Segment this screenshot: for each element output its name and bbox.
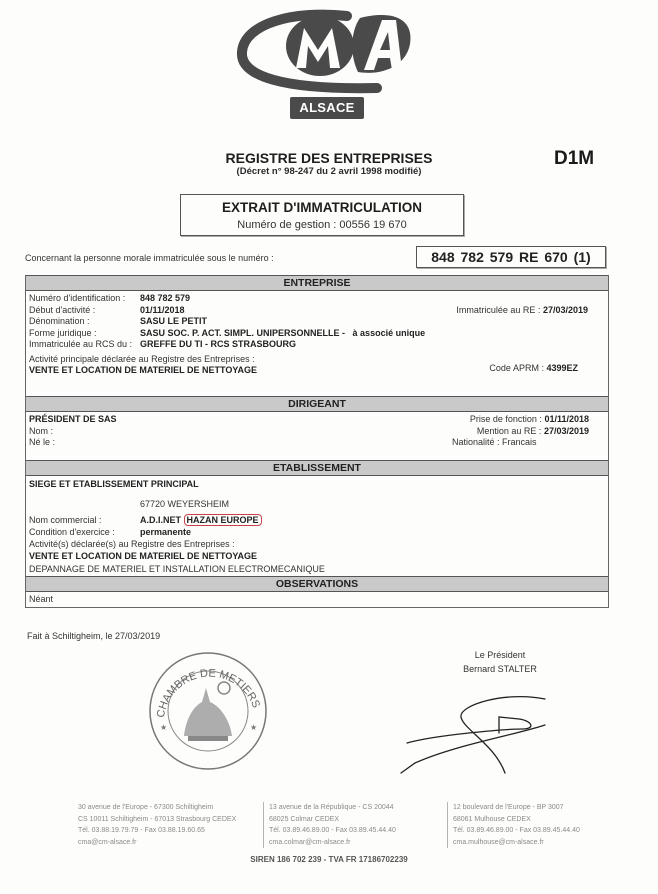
section-dirigeant: PRÉSIDENT DE SAS Nom : Né le : Prise de …: [26, 412, 608, 460]
extract-title: EXTRAIT D'IMMATRICULATION: [181, 200, 463, 215]
logo-region-badge: ALSACE: [290, 97, 364, 119]
nationality-label: Nationalité :: [452, 437, 500, 447]
management-number-value: 00556 19 670: [339, 219, 406, 231]
management-number-label: Numéro de gestion :: [237, 219, 336, 231]
activity-1: VENTE ET LOCATION DE MATERIEL DE NETTOYA…: [26, 550, 608, 563]
signer-title: Le Président: [455, 650, 545, 660]
office-email: cma@cm-alsace.fr: [78, 837, 236, 849]
director-mention: Mention au RE : 27/03/2019: [477, 426, 589, 436]
footer-office-schiltigheim: 30 avenue de l'Europe - 67300 Schiltighe…: [78, 802, 236, 848]
id-value: 848 782 579: [140, 293, 190, 303]
section-header-entreprise: ENTREPRISE: [26, 275, 608, 291]
registered-re-label: Immatriculée au RE :: [456, 305, 540, 315]
office-address-2: 68025 Colmar CEDEX: [269, 814, 396, 826]
rcs-label: Immatriculée au RCS du :: [26, 339, 140, 351]
director-start-value: 01/11/2018: [544, 414, 589, 424]
footer-office-mulhouse: 12 boulevard de l'Europe - BP 3007 68061…: [447, 802, 580, 848]
section-etablissement: SIEGE ET ETABLISSEMENT PRINCIPAL 67720 W…: [26, 476, 608, 576]
legal-form-suffix: à associé unique: [353, 328, 426, 338]
office-phone: Tél. 03.88.19.79.79 - Fax 03.88.19.60.65: [78, 825, 236, 837]
aprm-code: Code APRM : 4399EZ: [489, 363, 578, 373]
id-label: Numéro d'identification :: [26, 293, 140, 305]
director-nationality: Nationalité : Francais: [452, 437, 537, 447]
extract-title-box: EXTRAIT D'IMMATRICULATION Numéro de gest…: [180, 194, 464, 236]
trade-name-value: A.D.I.NET: [140, 515, 181, 525]
nationality-value: Francais: [502, 437, 537, 447]
office-phone: Tél. 03.89.46.89.00 - Fax 03.89.45.44.40: [453, 825, 580, 837]
place-date: Fait à Schiltigheim, le 27/03/2019: [27, 631, 160, 641]
office-address-2: 68061 Mulhouse CEDEX: [453, 814, 580, 826]
registered-re-value: 27/03/2019: [543, 305, 588, 315]
condition-value: permanente: [140, 527, 191, 537]
office-address-2: CS 10011 Schiltigheim - 67013 Strasbourg…: [78, 814, 236, 826]
registry-table: ENTREPRISE Numéro d'identification :848 …: [25, 275, 609, 608]
name-value: SASU LE PETIT: [140, 316, 207, 326]
director-mention-label: Mention au RE :: [477, 426, 542, 436]
office-address: 12 boulevard de l'Europe - BP 3007: [453, 802, 580, 814]
office-email: cma.mulhouse@cm-alsace.fr: [453, 837, 580, 849]
aprm-label: Code APRM :: [489, 363, 544, 373]
svg-text:★: ★: [250, 723, 257, 732]
trade-name-highlight: HAZAN EUROPE: [184, 514, 262, 526]
aprm-value: 4399EZ: [546, 363, 578, 373]
activity-2: DEPANNAGE DE MATERIEL ET INSTALLATION EL…: [26, 563, 608, 576]
office-phone: Tél. 03.89.46.89.00 - Fax 03.89.45.44.40: [269, 825, 396, 837]
condition-label: Condition d'exercice :: [26, 527, 140, 539]
section-header-dirigeant: DIRIGEANT: [26, 396, 608, 412]
start-label: Début d'activité :: [26, 305, 140, 317]
office-address: 30 avenue de l'Europe - 67300 Schiltighe…: [78, 802, 236, 814]
section-entreprise: Numéro d'identification :848 782 579 Déb…: [26, 291, 608, 396]
management-number: Numéro de gestion : 00556 19 670: [181, 219, 463, 231]
registered-re: Immatriculée au RE : 27/03/2019: [456, 305, 588, 315]
office-address: 13 avenue de la République - CS 20044: [269, 802, 396, 814]
director-start-label: Prise de fonction :: [470, 414, 542, 424]
activities-label: Activité(s) déclarée(s) au Registre des …: [26, 539, 608, 551]
office-email: cma.colmar@cm-alsace.fr: [269, 837, 396, 849]
observations-value: Néant: [26, 594, 608, 606]
section-header-observations: OBSERVATIONS: [26, 576, 608, 592]
registration-number: 848 782 579 RE 670 (1): [416, 246, 606, 268]
name-label: Dénomination :: [26, 316, 140, 328]
footer-office-colmar: 13 avenue de la République - CS 20044 68…: [263, 802, 396, 848]
trade-name-label: Nom commercial :: [26, 514, 140, 527]
legal-form-label: Forme juridique :: [26, 328, 140, 340]
start-value: 01/11/2018: [140, 305, 185, 315]
signer-name: Bernard STALTER: [440, 664, 560, 674]
director-mention-value: 27/03/2019: [544, 426, 589, 436]
director-start: Prise de fonction : 01/11/2018: [470, 414, 589, 424]
establishment-type: SIEGE ET ETABLISSEMENT PRINCIPAL: [26, 479, 608, 494]
legal-form-value: SASU SOC. P. ACT. SIMPL. UNIPERSONNELLE …: [140, 328, 345, 338]
official-stamp-icon: CHAMBRE DE METIERS D'ALSACE ★ ★: [142, 648, 274, 774]
rcs-value: GREFFE DU TI - RCS STRASBOURG: [140, 339, 296, 349]
svg-text:★: ★: [160, 723, 167, 732]
establishment-address: 67720 WEYERSHEIM: [140, 499, 229, 509]
concerning-label: Concernant la personne morale immatricul…: [25, 253, 274, 263]
signature-icon: [395, 695, 565, 775]
section-header-etablissement: ETABLISSEMENT: [26, 460, 608, 476]
document-code: D1M: [554, 148, 594, 170]
siren-tva: SIREN 186 702 239 - TVA FR 17186702239: [0, 855, 658, 864]
section-observations: Néant: [26, 592, 608, 607]
